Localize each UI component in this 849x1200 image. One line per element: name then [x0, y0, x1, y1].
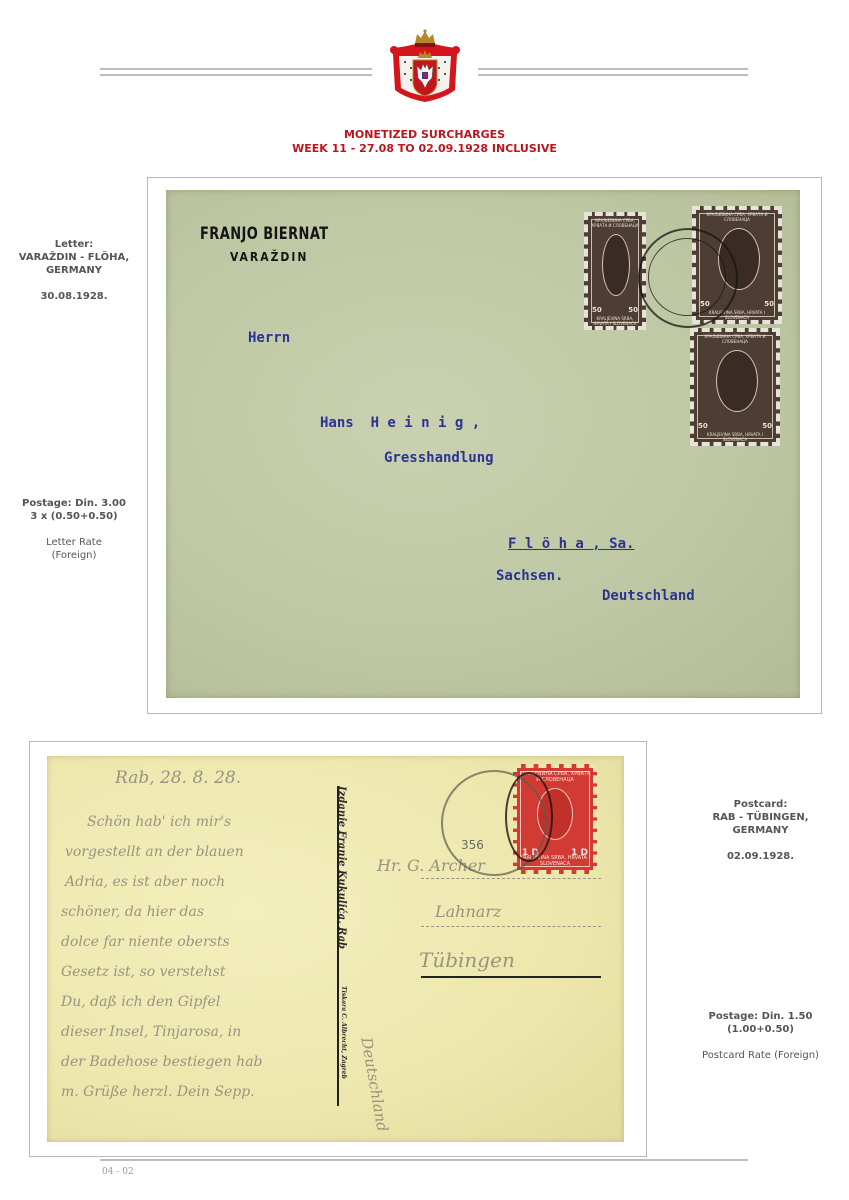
coat-of-arms-icon	[385, 28, 465, 114]
letter-description: Letter: VARAŽDIN - FLÖHA, GERMANY 30.08.…	[0, 238, 148, 303]
handwriting-line: m. Grüße herzl. Dein Sepp.	[61, 1084, 255, 1100]
postcard-route-2: GERMANY	[672, 824, 849, 837]
postcard-route-1: RAB - TÜBINGEN,	[672, 811, 849, 824]
sender-name: FRANJO BIERNAT	[200, 224, 329, 244]
handwriting-line: dolce far niente obersts	[61, 934, 230, 950]
postcard-postage-info: Postage: Din. 1.50 (1.00+0.50) Postcard …	[672, 1010, 849, 1062]
handwriting-line: Rab, 28. 8. 28.	[115, 768, 241, 788]
side-country: Deutschland	[357, 1036, 391, 1133]
letter-route-2: GERMANY	[0, 264, 148, 277]
sender-block: FRANJO BIERNAT VARAŽDIN	[200, 224, 351, 264]
envelope-image: FRANJO BIERNAT VARAŽDIN Herrn Hans H e i…	[166, 190, 800, 698]
handwriting-line: schöner, da hier das	[61, 904, 204, 920]
postmark-number: 356	[461, 838, 484, 852]
postcard-rate: Postcard Rate (Foreign)	[672, 1049, 849, 1062]
handwriting-line: dieser Insel, Tinjarosa, in	[61, 1024, 241, 1040]
letter-rate-1: Letter Rate	[0, 536, 148, 549]
postcard-date: 02.09.1928.	[672, 850, 849, 863]
postmark-cancel-bar	[505, 772, 553, 862]
destination-region: Sachsen.	[496, 568, 563, 584]
letter-label: Letter:	[0, 238, 148, 251]
handwriting-line: vorgestellt an der blauen	[65, 844, 244, 860]
sender-city: VARAŽDIN	[230, 250, 351, 264]
title-line-2: WEEK 11 - 27.08 TO 02.09.1928 INCLUSIVE	[0, 142, 849, 156]
postcard-postage-breakdown: (1.00+0.50)	[672, 1023, 849, 1036]
address-rule	[421, 878, 601, 879]
stamp-50-para-1: КРАЉЕВИНА СРБА, ХРВАТА И СЛОВЕНАЦА 50 50…	[584, 212, 646, 330]
header-rule-left	[100, 68, 372, 76]
postcard-imprint: Izdanje Franje Kukulića, Rab Tiskara C. …	[339, 786, 355, 1106]
page-title: MONETIZED SURCHARGES WEEK 11 - 27.08 TO …	[0, 128, 849, 156]
letter-date: 30.08.1928.	[0, 290, 148, 303]
stamp-50-para-3: КРАЉЕВИНА СРБА, ХРВАТА И СЛОВЕНАЦА 50 50…	[690, 328, 780, 446]
postcard-description: Postcard: RAB - TÜBINGEN, GERMANY 02.09.…	[672, 798, 849, 863]
letter-rate-2: (Foreign)	[0, 549, 148, 562]
salutation: Herrn	[248, 330, 290, 346]
postcard-label: Postcard:	[672, 798, 849, 811]
imprint-printer: Tiskara C. Albrecht, Zagreb	[340, 986, 347, 1079]
handwriting-line: der Badehose bestiegen hab	[61, 1054, 263, 1070]
address-rule	[421, 926, 601, 927]
postcard-image: Rab, 28. 8. 28. Schön hab' ich mir's vor…	[47, 756, 624, 1142]
header-rule-right	[478, 68, 748, 76]
letter-postage: Postage: Din. 3.00	[0, 497, 148, 510]
handwriting-line: Schön hab' ich mir's	[87, 814, 231, 830]
address-line: Tübingen	[419, 948, 515, 972]
postmark-cancel-inner	[648, 238, 726, 316]
handwriting-line: Du, daß ich den Gipfel	[61, 994, 220, 1010]
postcard-postage: Postage: Din. 1.50	[672, 1010, 849, 1023]
page-number: 04 - 02	[102, 1167, 134, 1177]
addressee: Hans H e i n i g ,	[320, 415, 480, 431]
destination-country: Deutschland	[602, 588, 695, 604]
imprint-publisher: Izdanje Franje Kukulića, Rab	[336, 786, 347, 949]
handwriting-line: Adria, es ist aber noch	[65, 874, 225, 890]
handwriting-line: Gesetz ist, so verstehst	[61, 964, 225, 980]
address-line: Lahnarz	[435, 902, 501, 921]
title-line-1: MONETIZED SURCHARGES	[0, 128, 849, 142]
destination-city: F l ö h a , Sa.	[508, 536, 634, 552]
letter-postage-breakdown: 3 x (0.50+0.50)	[0, 510, 148, 523]
letter-postage-info: Postage: Din. 3.00 3 x (0.50+0.50) Lette…	[0, 497, 148, 562]
footer-rule	[100, 1159, 748, 1161]
business: Gresshandlung	[384, 450, 494, 466]
address-rule	[421, 976, 601, 978]
letter-route-1: VARAŽDIN - FLÖHA,	[0, 251, 148, 264]
